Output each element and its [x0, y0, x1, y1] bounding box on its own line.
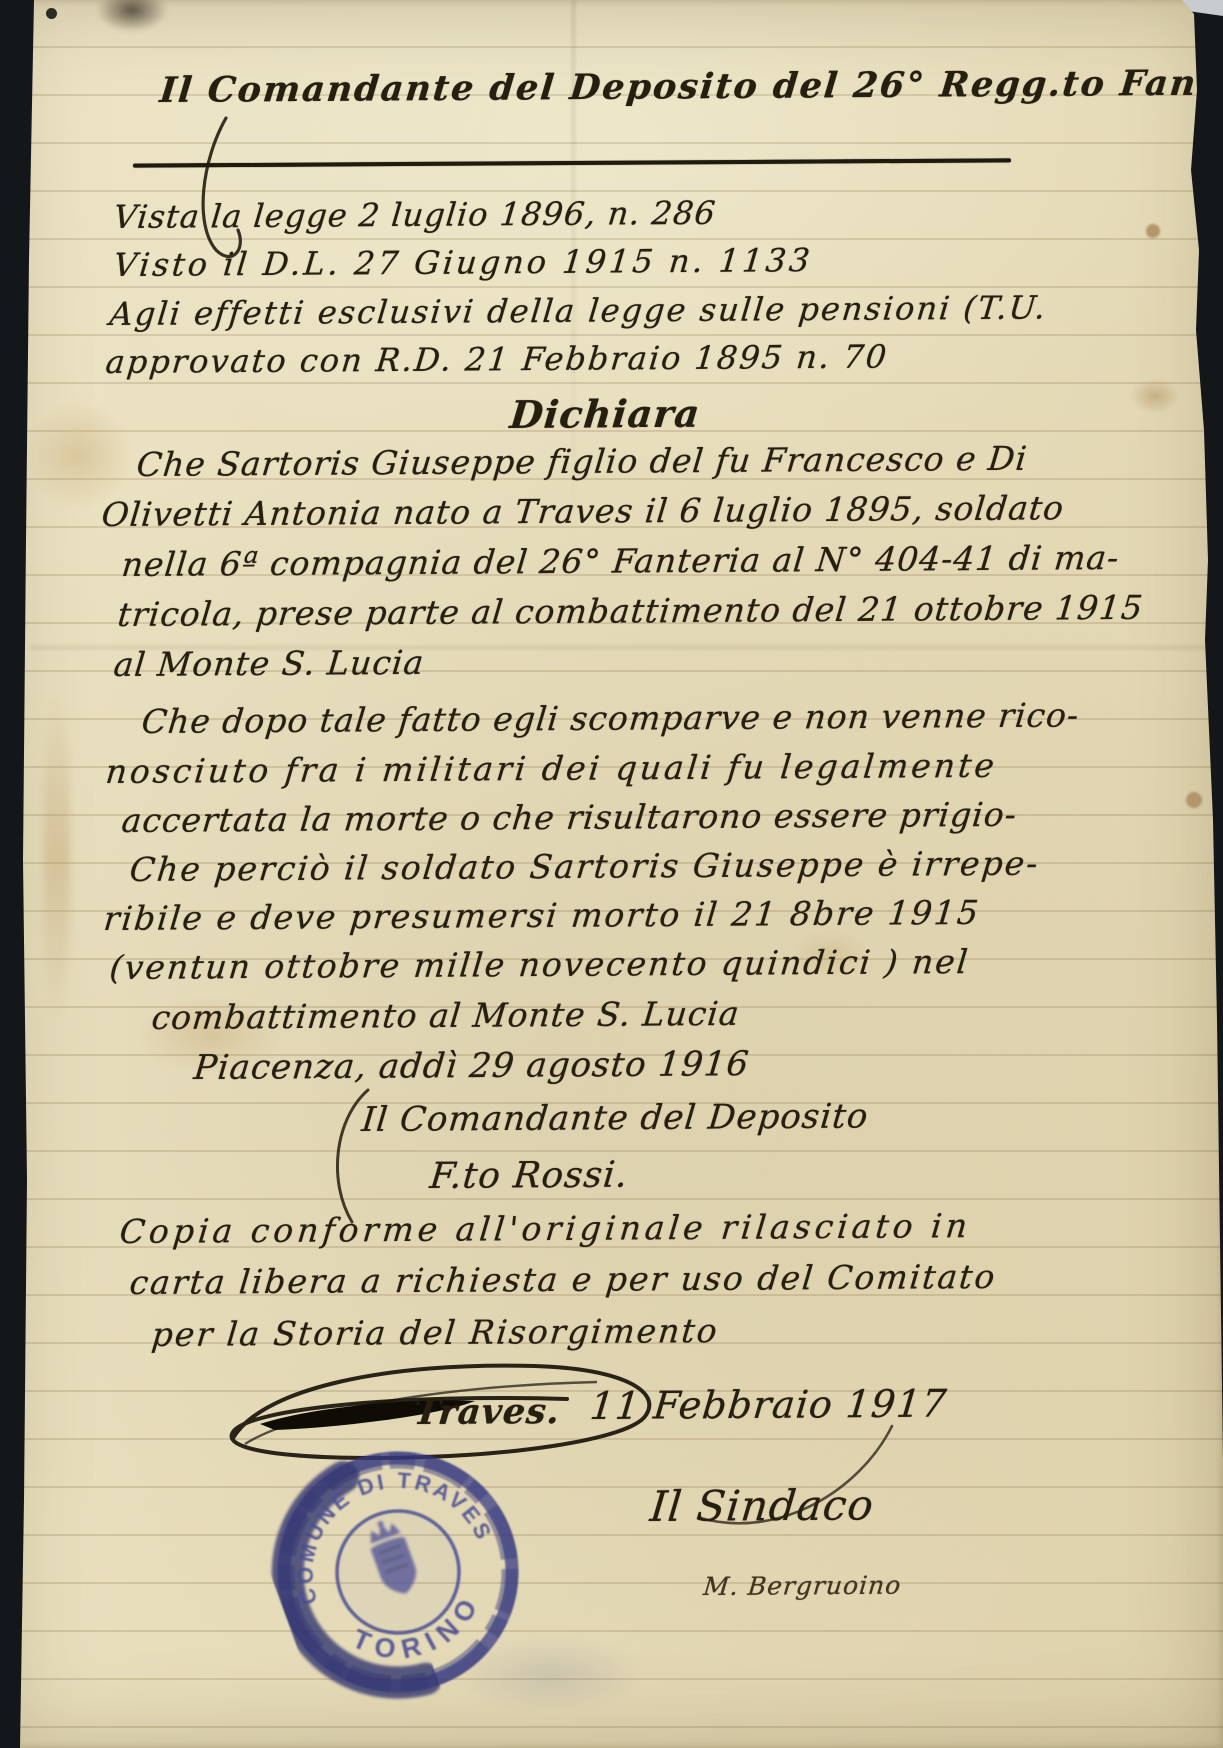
mayor-title: Il Sindaco — [648, 1480, 876, 1531]
body-line-5: al Monte S. Lucia — [112, 643, 426, 684]
paper-sheet: Il Comandante del Deposito del 26° Regg.… — [0, 0, 1223, 1748]
declaration-heading: Dichiara — [508, 391, 702, 437]
preamble-line-1: Vista la legge 2 luglio 1896, n. 286 — [112, 194, 718, 236]
body-line-4: tricola, prese parte al combattimento de… — [116, 588, 1145, 634]
certification-line-3: per la Storia del Risorgimento — [150, 1311, 721, 1354]
header-line: Il Comandante del Deposito del 26° Regg.… — [158, 63, 1223, 111]
body-line-9: Che perciò il soldato Sartoris Giuseppe … — [128, 844, 1041, 889]
commander-signature: F.to Rossi. — [428, 1155, 630, 1197]
body-line-2: Olivetti Antonia nato a Traves il 6 lugl… — [100, 488, 1066, 534]
preamble-line-4: approvato con R.D. 21 Febbraio 1895 n. 7… — [104, 338, 890, 381]
commander-title: Il Comandante del Deposito — [360, 1096, 870, 1140]
body-line-8: accertata la morte o che risultarono ess… — [120, 795, 1019, 840]
dateline: Piacenza, addì 29 agosto 1916 — [192, 1044, 751, 1088]
body-line-3: nella 6ª compagnia del 26° Fanteria al N… — [120, 538, 1121, 584]
certification-line-1: Copia conforme all'originale rilasciato … — [118, 1206, 973, 1251]
preamble-line-2: Visto il D.L. 27 Giugno 1915 n. 1133 — [112, 241, 814, 284]
preamble-line-3: Agli effetti esclusivi della legge sulle… — [108, 288, 1049, 333]
certification-line-2: carta libera a richiesta e per uso del C… — [128, 1257, 998, 1302]
mayor-signature: M. Bergruoino — [702, 1571, 903, 1601]
body-line-11: (ventun ottobre mille novecento quindici… — [108, 942, 971, 987]
scanned-document-page: { "doc": { "header": "Il Comandante del … — [0, 0, 1223, 1748]
body-line-12: combattimento al Monte S. Lucia — [150, 994, 742, 1037]
body-line-1: Che Sartoris Giuseppe figlio del fu Fran… — [135, 439, 1029, 484]
body-line-6: Che dopo tale fatto egli scomparve e non… — [140, 695, 1081, 741]
body-line-7: nosciuto fra i militari dei quali fu leg… — [104, 746, 999, 791]
body-line-10: ribile e deve presumersi morto il 21 8br… — [102, 893, 982, 938]
